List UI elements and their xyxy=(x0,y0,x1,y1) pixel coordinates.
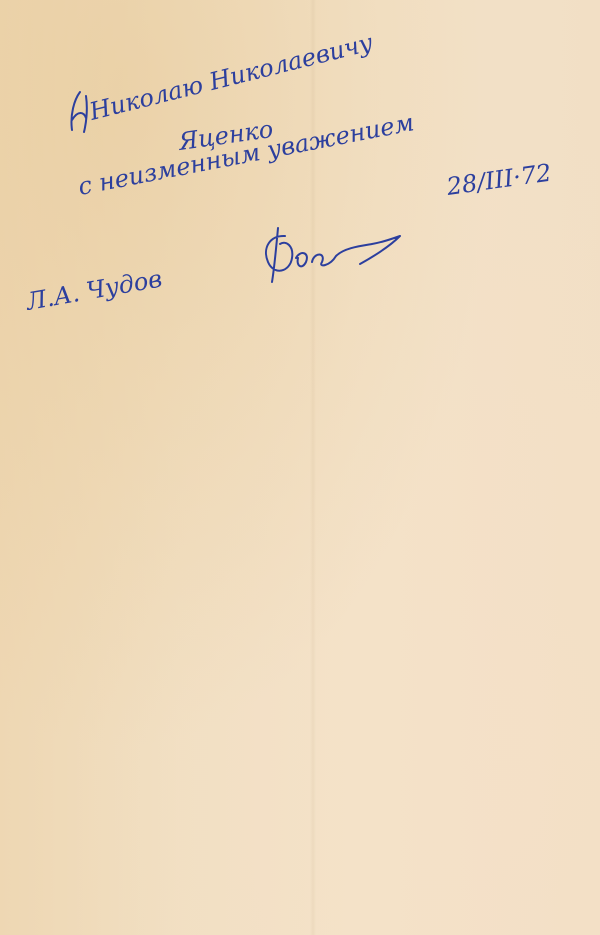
inscription-date: 28/III·72 xyxy=(444,159,553,202)
svg-text:Фос: Фос xyxy=(0,0,32,4)
svg-text:Николаю Николаевичу: Николаю Николаевичу xyxy=(86,28,376,126)
author-name: Л.А. Чудов xyxy=(23,265,164,317)
svg-text:Л.А. Чудов: Л.А. Чудов xyxy=(23,265,164,317)
inscription-line-1: Николаю Николаевичу xyxy=(71,28,375,132)
svg-text:28/III·72: 28/III·72 xyxy=(444,159,553,202)
aged-paper-page: Николаю Николаевичу Яценко с неизменным … xyxy=(0,0,600,935)
handwriting-layer: Николаю Николаевичу Яценко с неизменным … xyxy=(0,0,600,935)
